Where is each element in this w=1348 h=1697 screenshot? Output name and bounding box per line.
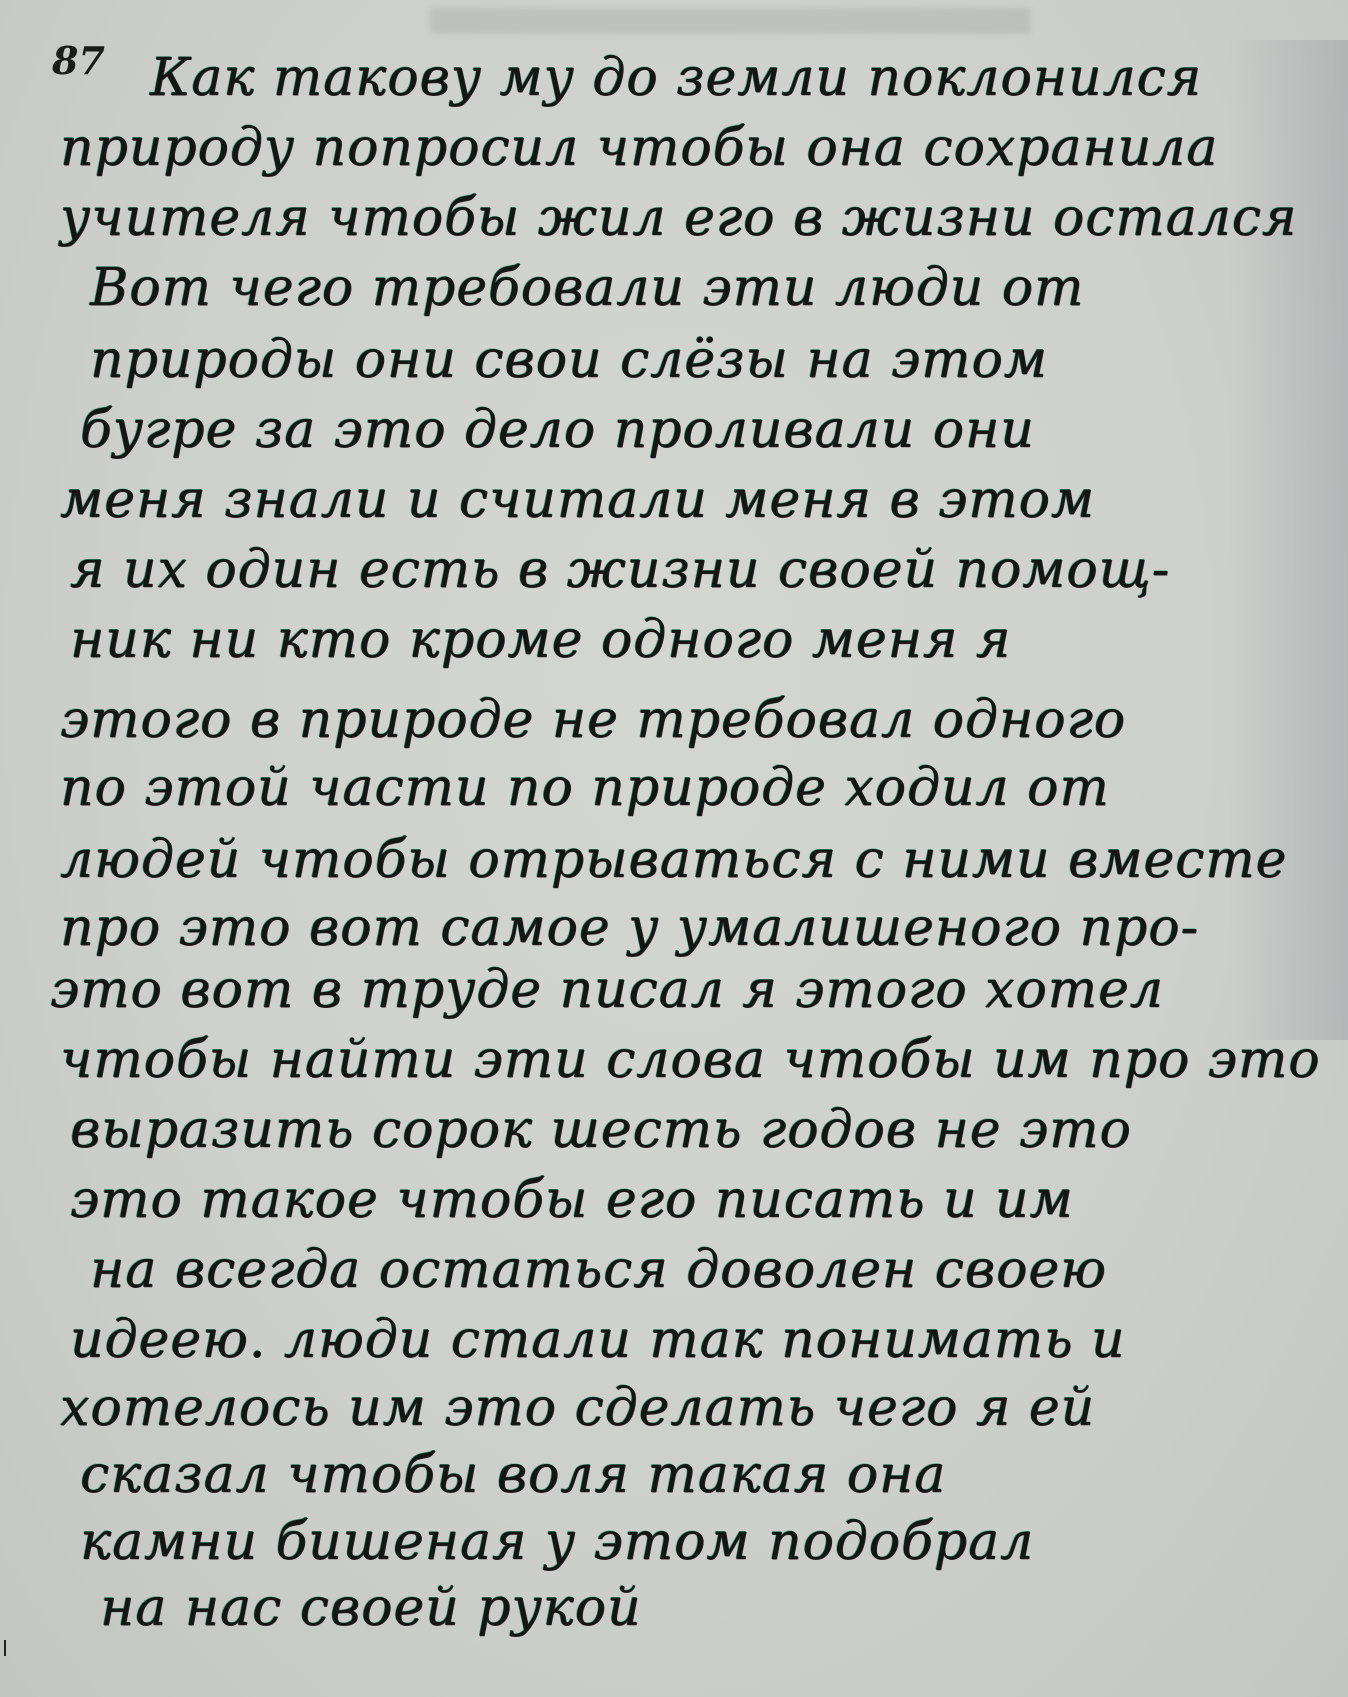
text-line: камни бишеная у этом подобрал [80, 1512, 1034, 1572]
page-number: 87 [52, 38, 105, 83]
text-line: природу попросил чтобы она сохранила [60, 118, 1218, 178]
text-line: сказал чтобы воля такая она [80, 1445, 946, 1505]
text-line: людей чтобы отрываться с ними вместе [60, 830, 1287, 890]
text-line: про это вот самое у умалишеного про- [60, 898, 1199, 958]
text-line: Вот чего требовали эти люди от [90, 258, 1084, 318]
text-line: на всегда остаться доволен своею [90, 1240, 1107, 1300]
text-line: чтобы найти эти слова чтобы им про это [60, 1030, 1321, 1090]
scan-edge-mark [4, 1640, 6, 1656]
text-line: меня знали и считали меня в этом [60, 470, 1095, 530]
text-line: это вот в труде писал я этого хотел [50, 960, 1164, 1020]
text-line: это такое чтобы его писать и им [70, 1170, 1074, 1230]
bleed-through-text [430, 8, 1030, 34]
text-line: этого в природе не требовал одного [60, 690, 1126, 750]
text-line: бугре за это дело проливали они [80, 400, 1035, 460]
text-line: идеею. люди стали так понимать и [70, 1310, 1125, 1370]
manuscript-page: 87 Как такову му до земли поклонился при… [0, 0, 1348, 1697]
text-line: Как такову му до земли поклонился [150, 48, 1202, 108]
text-line: по этой части по природе ходил от [60, 758, 1110, 818]
text-line: выразить сорок шесть годов не это [70, 1100, 1132, 1160]
text-line: на нас своей рукой [100, 1578, 641, 1638]
text-line: хотелось им это сделать чего я ей [60, 1378, 1095, 1438]
text-line: учителя чтобы жил его в жизни остался [60, 188, 1297, 248]
text-line: ник ни кто кроме одного меня я [70, 610, 1011, 670]
text-line: я их один есть в жизни своей помощ- [70, 540, 1170, 600]
text-line: природы они свои слёзы на этом [90, 330, 1048, 390]
